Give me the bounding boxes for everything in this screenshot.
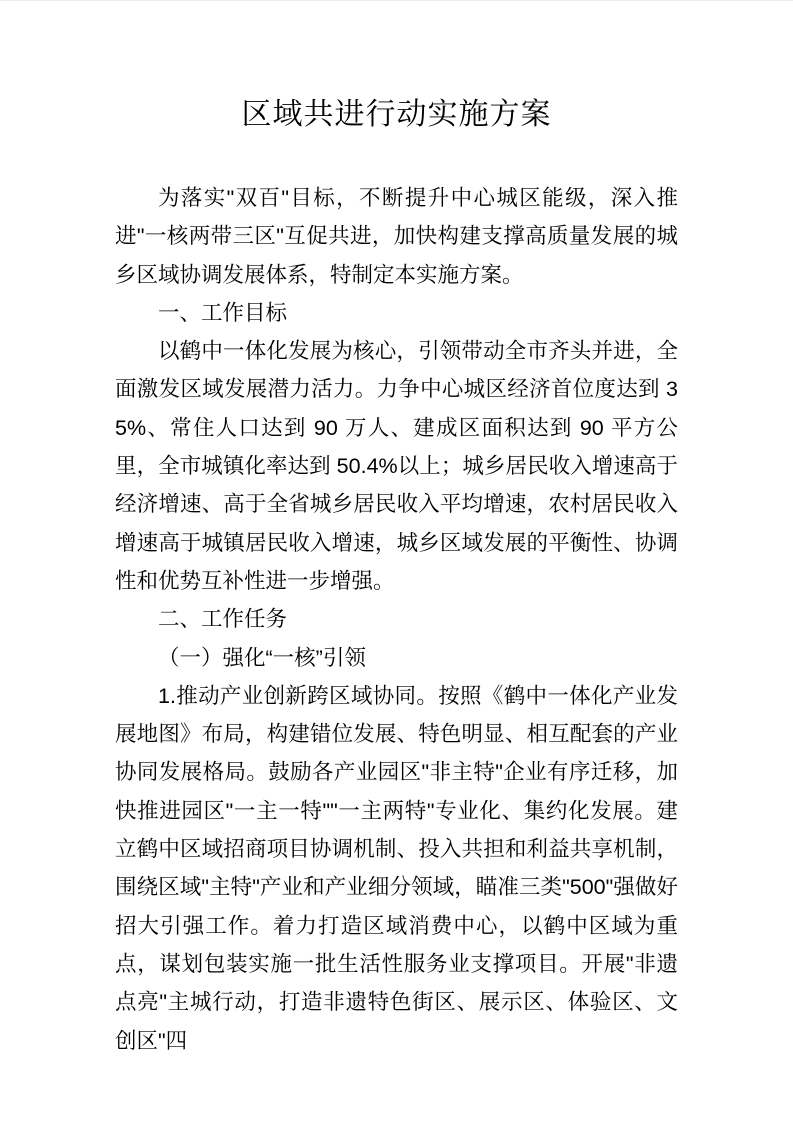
section-heading-work-tasks: 二、工作任务 [115,600,678,638]
section-heading-work-goals: 一、工作目标 [115,294,678,332]
paragraph-intro: 为落实"双百"目标，不断提升中心城区能级，深入推进"一核两带三区"互促共进，加快… [115,179,678,294]
paragraph-industry-coordination: 1.推动产业创新跨区域协同。按照《鹤中一体化产业发展地图》布局，构建错位发展、特… [115,677,678,1060]
subsection-heading-strengthen-core: （一）强化“一核”引领 [115,639,678,677]
document-page: 区域共进行动实施方案 为落实"双百"目标，不断提升中心城区能级，深入推进"一核两… [0,0,793,1122]
document-body: 为落实"双百"目标，不断提升中心城区能级，深入推进"一核两带三区"互促共进，加快… [115,179,678,1060]
paragraph-work-goals: 以鹤中一体化发展为核心，引领带动全市齐头并进，全面激发区域发展潜力活力。力争中心… [115,332,678,600]
document-title: 区域共进行动实施方案 [0,96,793,134]
